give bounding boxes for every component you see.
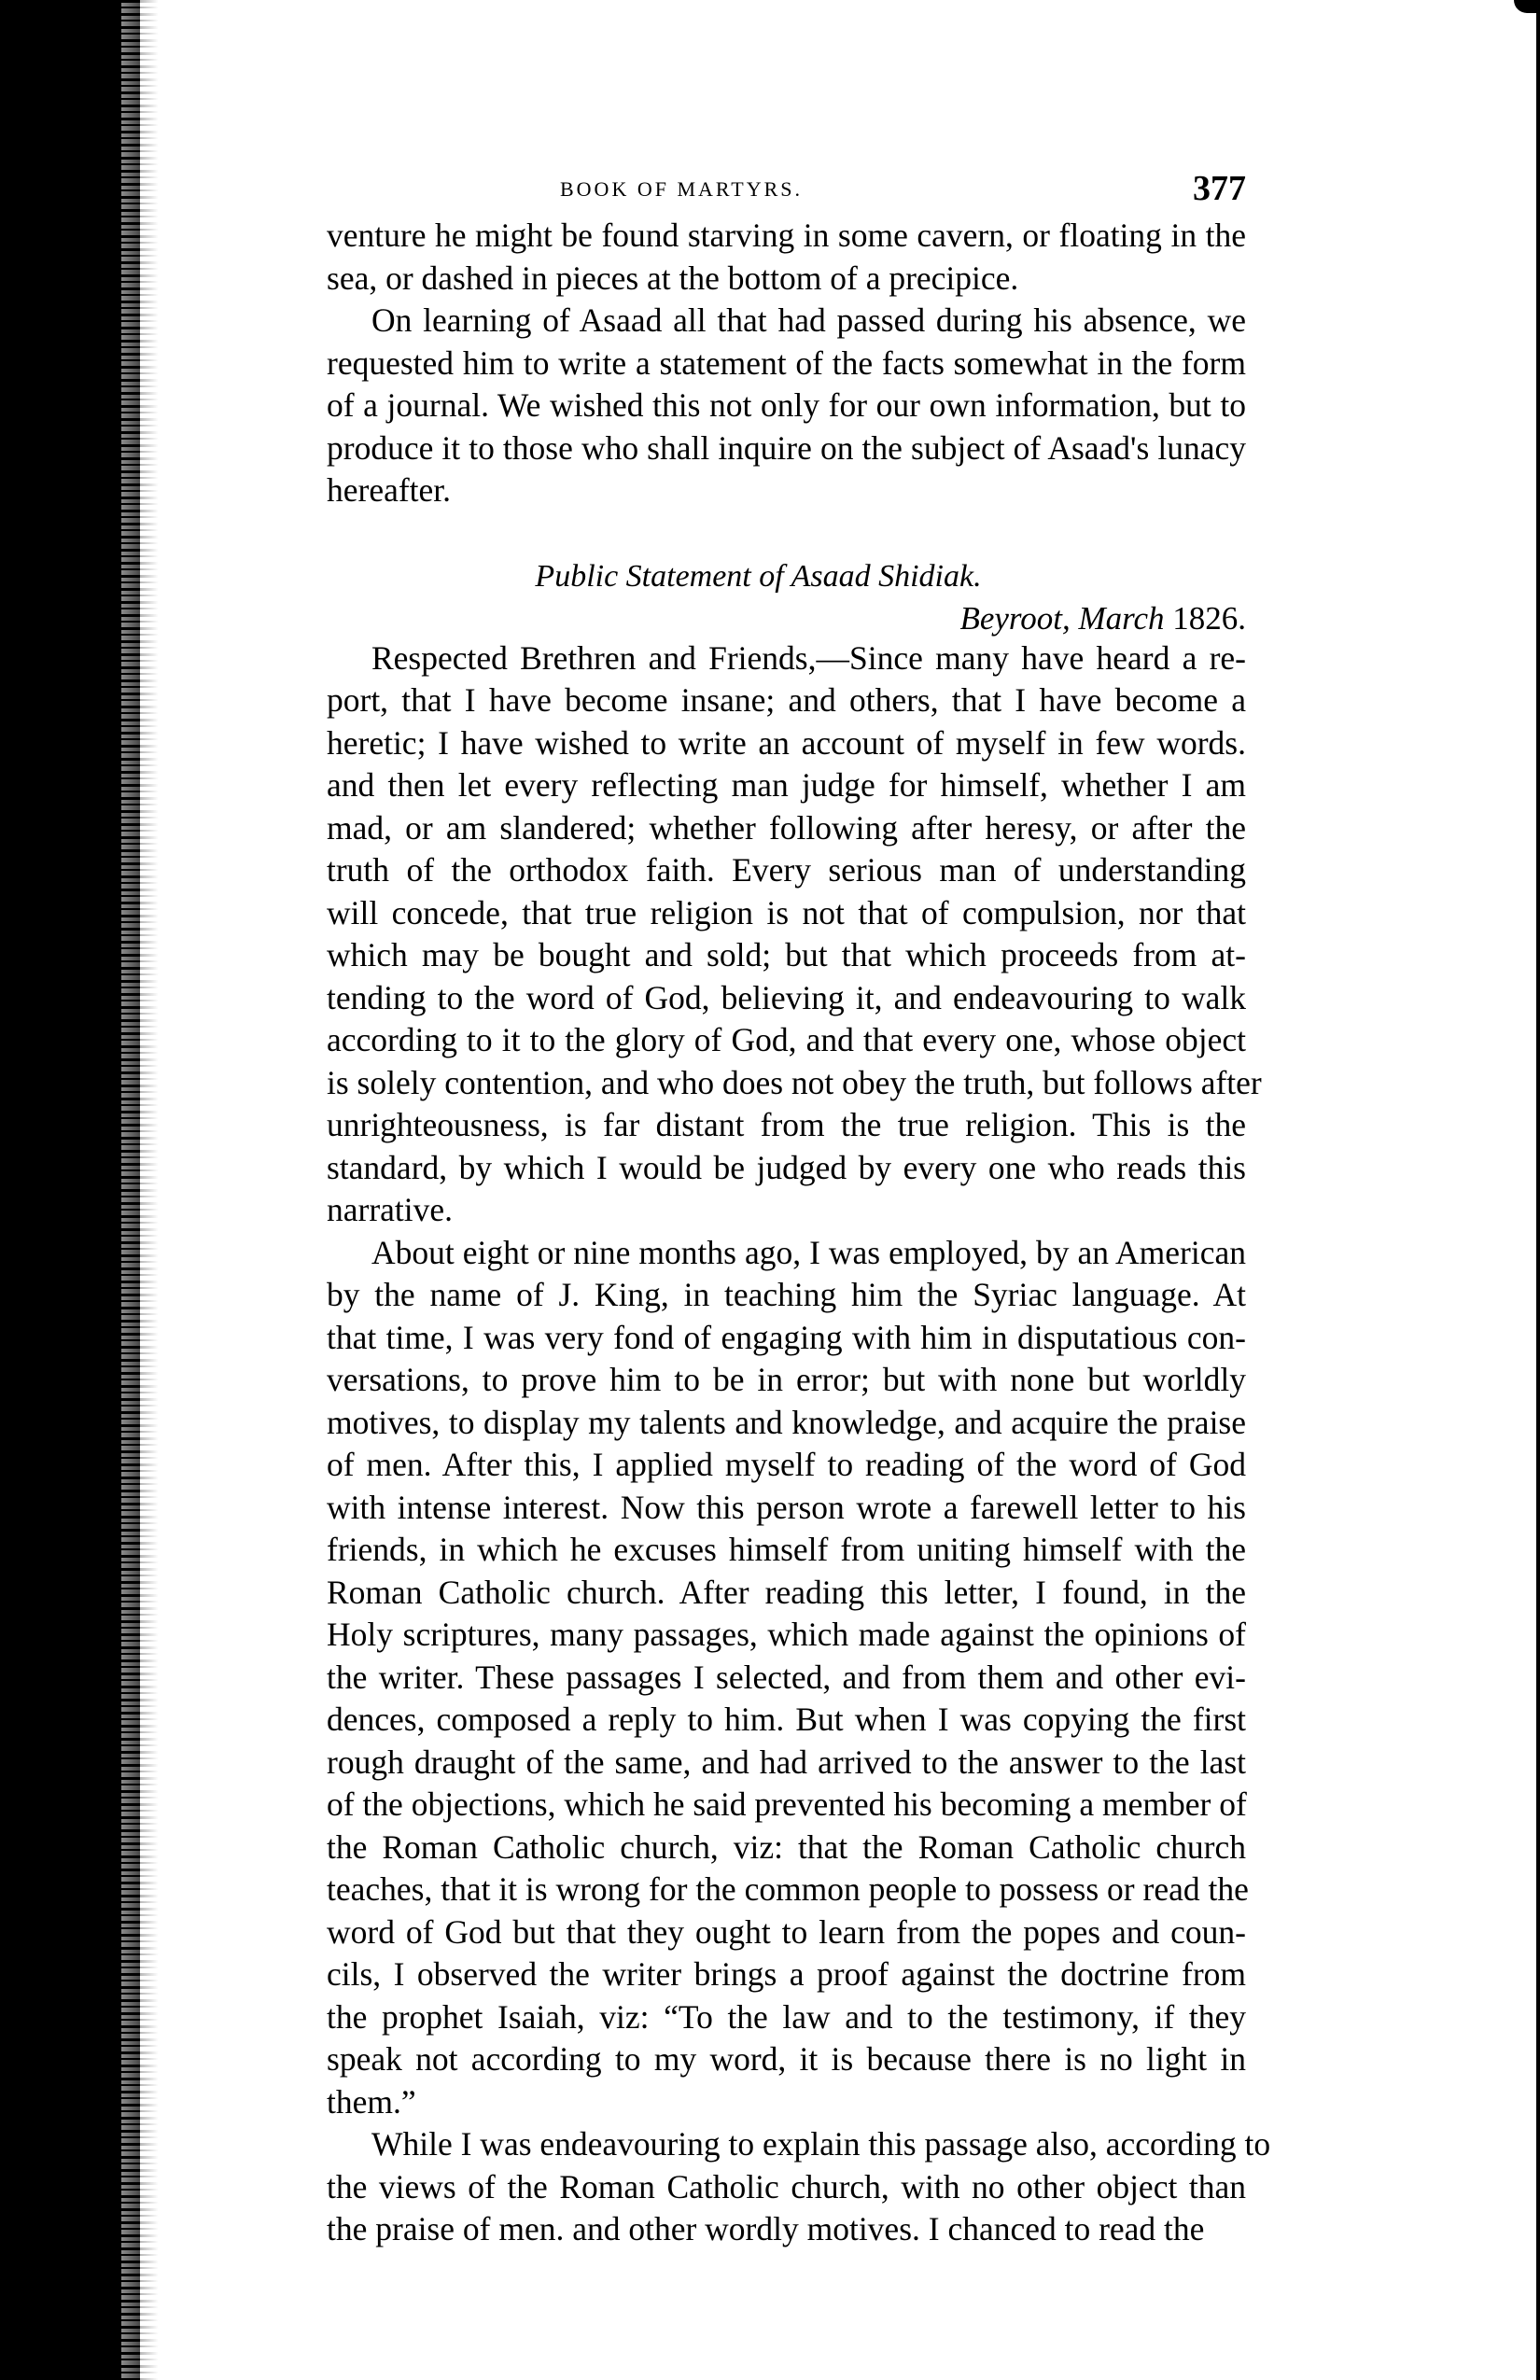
book-gutter-shadow [0,0,140,2380]
text-line: About eight or nine months ago, I was em… [327,1232,1246,1275]
section-heading: Public Statement of Asaad Shidiak. [327,559,1246,595]
text-line: dences, composed a reply to him. But whe… [327,1699,1246,1742]
book-gutter-edge [121,0,159,2380]
text-line: by the name of J. King, in teaching him … [327,1274,1246,1317]
text-line: On learning of Asaad all that had passed… [327,300,1246,343]
text-line: with intense interest. Now this person w… [327,1487,1246,1530]
dateline-year: 1826. [1172,600,1246,637]
paragraph: Respected Brethren and Friends,—Since ma… [327,637,1246,1232]
text-line: of the objections, which he said prevent… [327,1784,1246,1827]
text-line: speak not according to my word, it is be… [327,2038,1246,2081]
text-line: will concede, that true religion is not … [327,892,1246,935]
text-line: sea, or dashed in pieces at the bottom o… [327,258,1246,301]
text-line: the Roman Catholic church, viz: that the… [327,1827,1246,1869]
dateline-place: Beyroot, March [959,600,1164,637]
running-title: BOOK OF MARTYRS. [560,177,803,202]
text-line: them.” [327,2081,1246,2124]
text-line: friends, in which he excuses himself fro… [327,1529,1246,1572]
text-line: While I was endeavouring to explain this… [327,2123,1246,2166]
text-line: of a journal. We wished this not only fo… [327,385,1246,427]
page-corner-shadow [1514,0,1540,13]
text-line: of men. After this, I applied myself to … [327,1444,1246,1487]
text-line: hereafter. [327,469,1246,512]
text-line: that time, I was very fond of engaging w… [327,1317,1246,1360]
text-line: Roman Catholic church. After reading thi… [327,1572,1246,1615]
text-line: mad, or am slandered; whether following … [327,807,1246,850]
text-line: the praise of men. and other wordly moti… [327,2208,1246,2251]
paragraph: On learning of Asaad all that had passed… [327,300,1246,512]
text-line: cils, I observed the writer brings a pro… [327,1953,1246,1996]
text-line: produce it to those who shall inquire on… [327,427,1246,470]
page-right-edge [1536,0,1540,2380]
text-line: port, that I have become insane; and oth… [327,679,1246,722]
text-line: word of God but that they ought to learn… [327,1911,1246,1954]
text-line: the views of the Roman Catholic church, … [327,2166,1246,2209]
text-line: the prophet Isaiah, viz: “To the law and… [327,1996,1246,2039]
text-line: requested him to write a statement of th… [327,343,1246,385]
text-line: rough draught of the same, and had arriv… [327,1742,1246,1785]
text-line: Respected Brethren and Friends,—Since ma… [327,637,1246,680]
text-line: tending to the word of God, believing it… [327,977,1246,1020]
text-line: venture he might be found starving in so… [327,215,1246,258]
paragraph: About eight or nine months ago, I was em… [327,1232,1246,2124]
text-block-before: venture he might be found starving in so… [327,215,1246,512]
running-head: BOOK OF MARTYRS. 377 [327,168,1246,215]
text-line: which may be bought and sold; but that w… [327,934,1246,977]
text-line: versations, to prove him to be in error;… [327,1359,1246,1402]
dateline: Beyroot, March 1826. [327,600,1246,637]
text-line: Holy scriptures, many passages, which ma… [327,1614,1246,1657]
text-line: narrative. [327,1189,1246,1232]
paragraph: venture he might be found starving in so… [327,215,1246,300]
text-line: teaches, that it is wrong for the common… [327,1869,1246,1911]
text-line: the writer. These passages I selected, a… [327,1657,1246,1700]
text-line: motives, to display my talents and knowl… [327,1402,1246,1445]
text-line: heretic; I have wished to write an accou… [327,722,1246,765]
book-page: BOOK OF MARTYRS. 377 venture he might be… [327,168,1246,2251]
text-line: truth of the orthodox faith. Every serio… [327,849,1246,892]
text-line: standard, by which I would be judged by … [327,1147,1246,1190]
page-number: 377 [1193,168,1246,209]
text-line: unrighteousness, is far distant from the… [327,1104,1246,1147]
text-line: and then let every reflecting man judge … [327,764,1246,807]
text-line: according to it to the glory of God, and… [327,1019,1246,1062]
text-line: is solely contention, and who does not o… [327,1062,1246,1105]
paragraph: While I was endeavouring to explain this… [327,2123,1246,2251]
text-block-after: Respected Brethren and Friends,—Since ma… [327,637,1246,2251]
